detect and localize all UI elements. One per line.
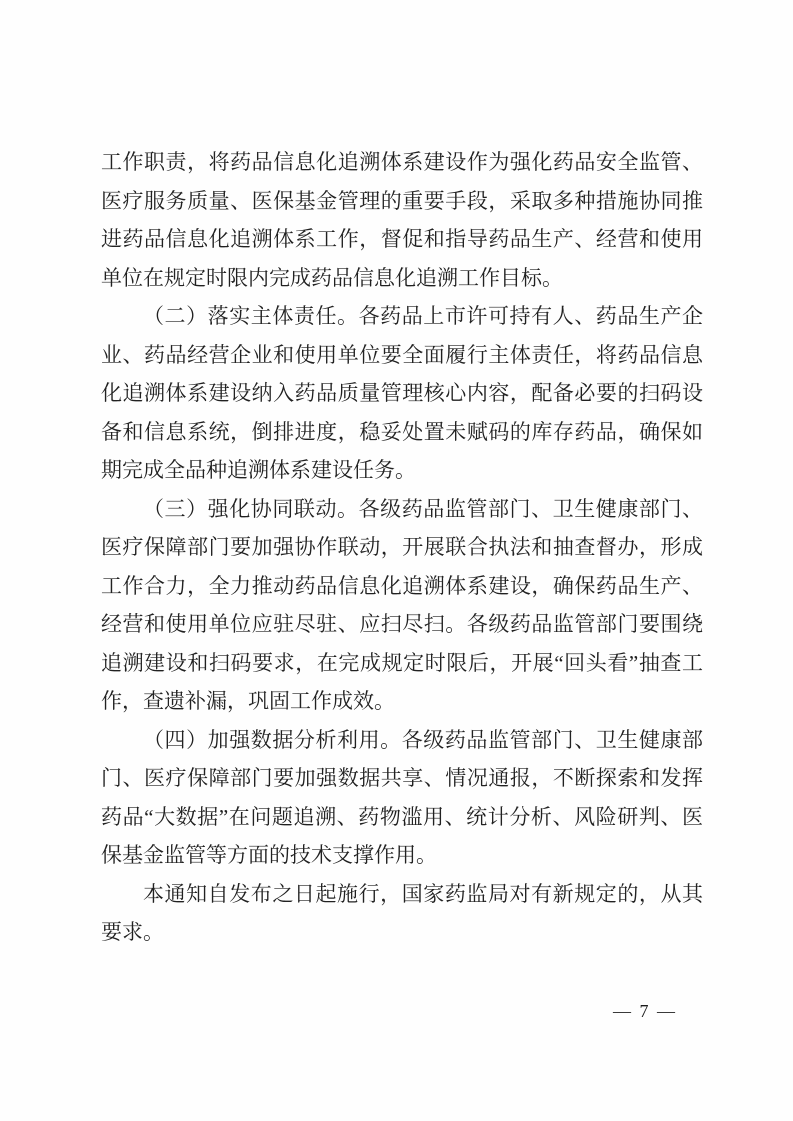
- page-number: — 7 —: [598, 1001, 692, 1022]
- paragraph-item-4: （四）加强数据分析利用。各级药品监管部门、卫生健康部门、医疗保障部门要加强数据共…: [101, 721, 703, 875]
- document-page: 工作职责，将药品信息化追溯体系建设作为强化药品安全监管、医疗服务质量、医保基金管…: [0, 0, 793, 1121]
- paragraph-closing: 本通知自发布之日起施行，国家药监局对有新规定的，从其要求。: [101, 875, 703, 952]
- document-body: 工作职责，将药品信息化追溯体系建设作为强化药品安全监管、医疗服务质量、医保基金管…: [101, 143, 703, 952]
- paragraph-continuation: 工作职责，将药品信息化追溯体系建设作为强化药品安全监管、医疗服务质量、医保基金管…: [101, 143, 703, 297]
- paragraph-item-2: （二）落实主体责任。各药品上市许可持有人、药品生产企业、药品经营企业和使用单位要…: [101, 297, 703, 490]
- paragraph-item-3: （三）强化协同联动。各级药品监管部门、卫生健康部门、医疗保障部门要加强协作联动，…: [101, 490, 703, 721]
